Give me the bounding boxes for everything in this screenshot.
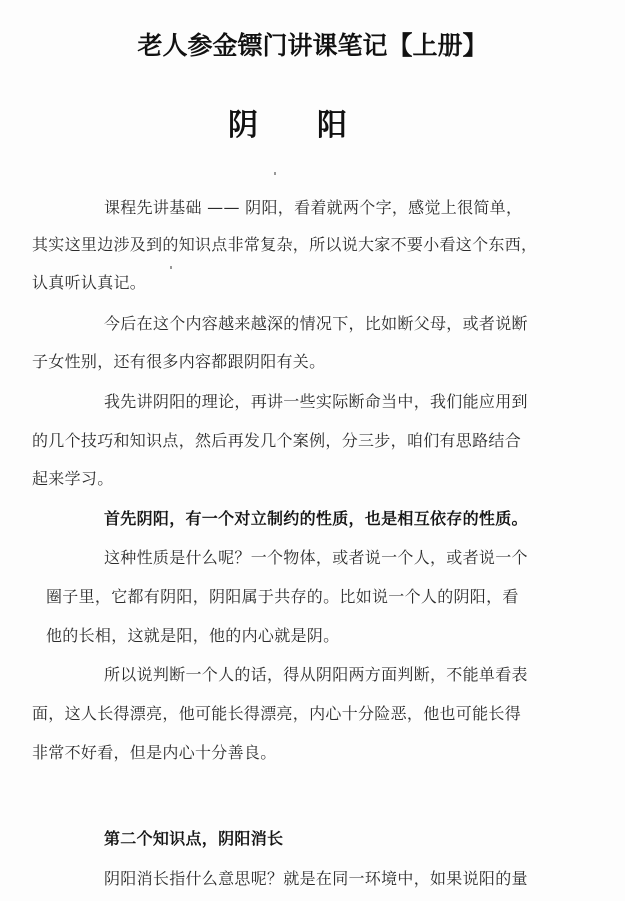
- paragraph-line: 今后在这个内容越来越深的情况下，比如断父母，或者说断: [104, 311, 528, 334]
- paragraph-line: 面，这人长得漂亮，他可能长得漂亮，内心十分险恶，他也可能长得: [32, 701, 521, 724]
- section-heading: 第二个知识点，阴阳消长: [104, 826, 283, 849]
- scan-speck: [170, 266, 172, 269]
- scan-speck: [274, 172, 276, 175]
- paragraph-line: 课程先讲基础 —— 阴阳，看着就两个字，感觉上很简单，: [104, 195, 522, 218]
- paragraph-line: 其实这里边涉及到的知识点非常复杂，所以说大家不要小看这个东西，: [32, 232, 537, 255]
- paragraph-line: 起来学习。: [32, 466, 114, 489]
- document-title: 老人参金镖门讲课笔记【上册】: [0, 26, 625, 62]
- paragraph-line: 所以说判断一个人的话，得从阴阳两方面判断，不能单看表: [104, 662, 528, 685]
- section-title-yin: 阴: [228, 100, 258, 144]
- paragraph-line: 圈子里，它都有阴阳，阴阳属于共存的。比如说一个人的阴阳，看: [46, 584, 519, 607]
- section-title-yang: 阳: [317, 100, 347, 144]
- paragraph-line: 非常不好看，但是内心十分善良。: [32, 740, 277, 763]
- paragraph-line: 阴阳消长指什么意思呢？就是在同一环境中，如果说阳的量: [104, 866, 528, 889]
- paragraph-line: 的几个技巧和知识点，然后再发几个案例，分三步，咱们有思路结合: [32, 428, 521, 451]
- paragraph-line: 认真听认真记。: [32, 270, 146, 293]
- document-page: 老人参金镖门讲课笔记【上册】 阴 阳 课程先讲基础 —— 阴阳，看着就两个字，感…: [0, 0, 625, 901]
- paragraph-line: 这种性质是什么呢？一个物体，或者说一个人，或者说一个: [104, 545, 528, 568]
- key-point-heading: 首先阴阳，有一个对立制约的性质，也是相互依存的性质。: [104, 506, 528, 529]
- paragraph-line: 子女性别，还有很多内容都跟阴阳有关。: [32, 349, 325, 372]
- paragraph-line: 我先讲阴阳的理论，再讲一些实际断命当中，我们能应用到: [104, 389, 528, 412]
- paragraph-line: 他的长相，这就是阳，他的内心就是阴。: [46, 623, 339, 646]
